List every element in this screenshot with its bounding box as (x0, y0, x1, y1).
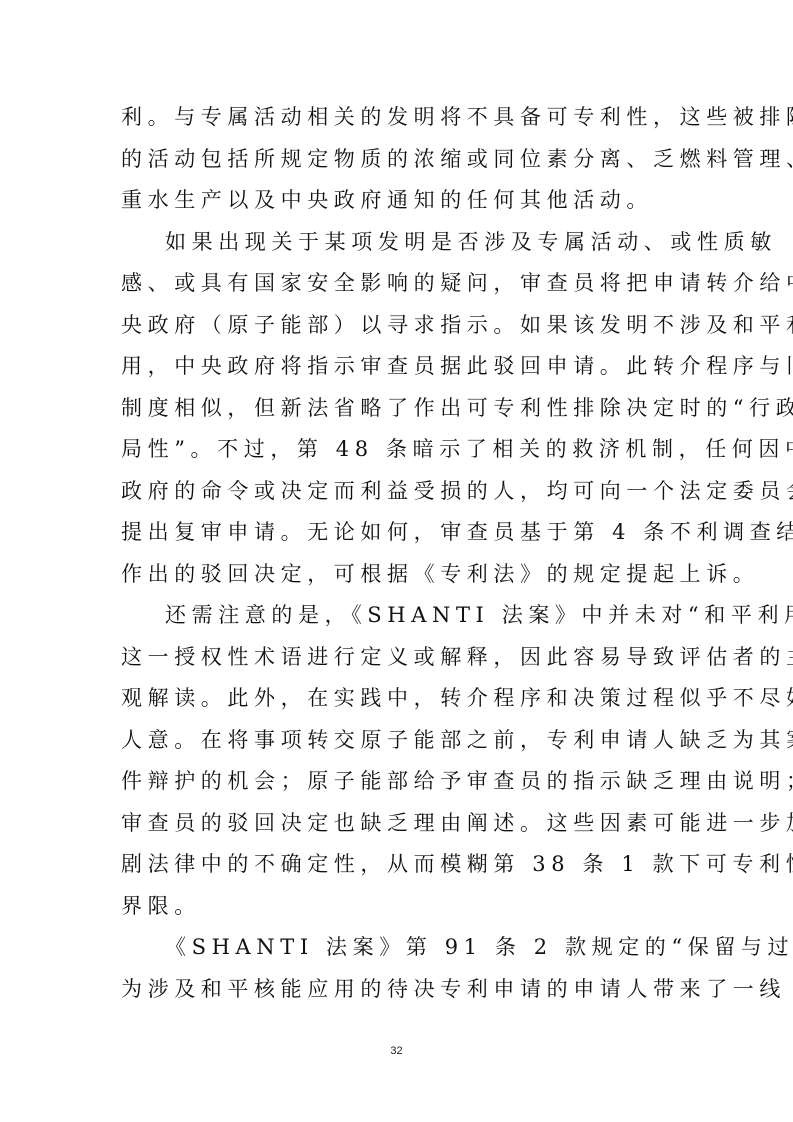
body-text: 利。与专属活动相关的发明将不具备可专利性，这些被排除 的活动包括所规定物质的浓缩… (121, 97, 681, 1010)
text-line: 剧法律中的不确定性，从而模糊第 38 条 1 款下可专利性的 (121, 844, 681, 886)
text-line: 审查员的驳回决定也缺乏理由阐述。这些因素可能进一步加 (121, 803, 681, 845)
text-line: 界限。 (121, 886, 681, 928)
text-line: 人意。在将事项转交原子能部之前，专利申请人缺乏为其案 (121, 720, 681, 762)
text-line: 这一授权性术语进行定义或解释，因此容易导致评估者的主 (121, 637, 681, 679)
text-line: 利。与专属活动相关的发明将不具备可专利性，这些被排除 (121, 97, 681, 139)
text-line: 局性”。不过，第 48 条暗示了相关的救济机制，任何因中央 (121, 429, 681, 471)
text-line: 的活动包括所规定物质的浓缩或同位素分离、乏燃料管理、 (121, 139, 681, 181)
text-line: 观解读。此外，在实践中，转介程序和决策过程似乎不尽如 (121, 678, 681, 720)
text-line: 政府的命令或决定而利益受损的人，均可向一个法定委员会 (121, 471, 681, 513)
paragraph-2: 如果出现关于某项发明是否涉及专属活动、或性质敏 感、或具有国家安全影响的疑问，审… (121, 222, 681, 596)
paragraph-4: 《SHANTI 法案》第 91 条 2 款规定的“保留与过渡”条款 为涉及和平核… (121, 927, 681, 1010)
paragraph-1: 利。与专属活动相关的发明将不具备可专利性，这些被排除 的活动包括所规定物质的浓缩… (121, 97, 681, 222)
page-number: 32 (0, 1045, 793, 1057)
text-line: 件辩护的机会；原子能部给予审查员的指示缺乏理由说明； (121, 761, 681, 803)
text-line: 制度相似，但新法省略了作出可专利性排除决定时的“行政终 (121, 388, 681, 430)
text-line: 为涉及和平核能应用的待决专利申请的申请人带来了一线 (121, 969, 681, 1011)
text-line: 用，中央政府将指示审查员据此驳回申请。此转介程序与旧 (121, 346, 681, 388)
text-line: 重水生产以及中央政府通知的任何其他活动。 (121, 180, 681, 222)
text-line: 如果出现关于某项发明是否涉及专属活动、或性质敏 (121, 222, 681, 264)
text-line: 《SHANTI 法案》第 91 条 2 款规定的“保留与过渡”条款 (121, 927, 681, 969)
document-page: 利。与专属活动相关的发明将不具备可专利性，这些被排除 的活动包括所规定物质的浓缩… (0, 0, 793, 1122)
text-line: 还需注意的是，《SHANTI 法案》中并未对“和平利用” (121, 595, 681, 637)
text-line: 作出的驳回决定，可根据《专利法》的规定提起上诉。 (121, 554, 681, 596)
paragraph-3: 还需注意的是，《SHANTI 法案》中并未对“和平利用” 这一授权性术语进行定义… (121, 595, 681, 927)
text-line: 央政府（原子能部）以寻求指示。如果该发明不涉及和平利 (121, 305, 681, 347)
text-line: 感、或具有国家安全影响的疑问，审查员将把申请转介给中 (121, 263, 681, 305)
text-line: 提出复审申请。无论如何，审查员基于第 4 条不利调查结果 (121, 512, 681, 554)
